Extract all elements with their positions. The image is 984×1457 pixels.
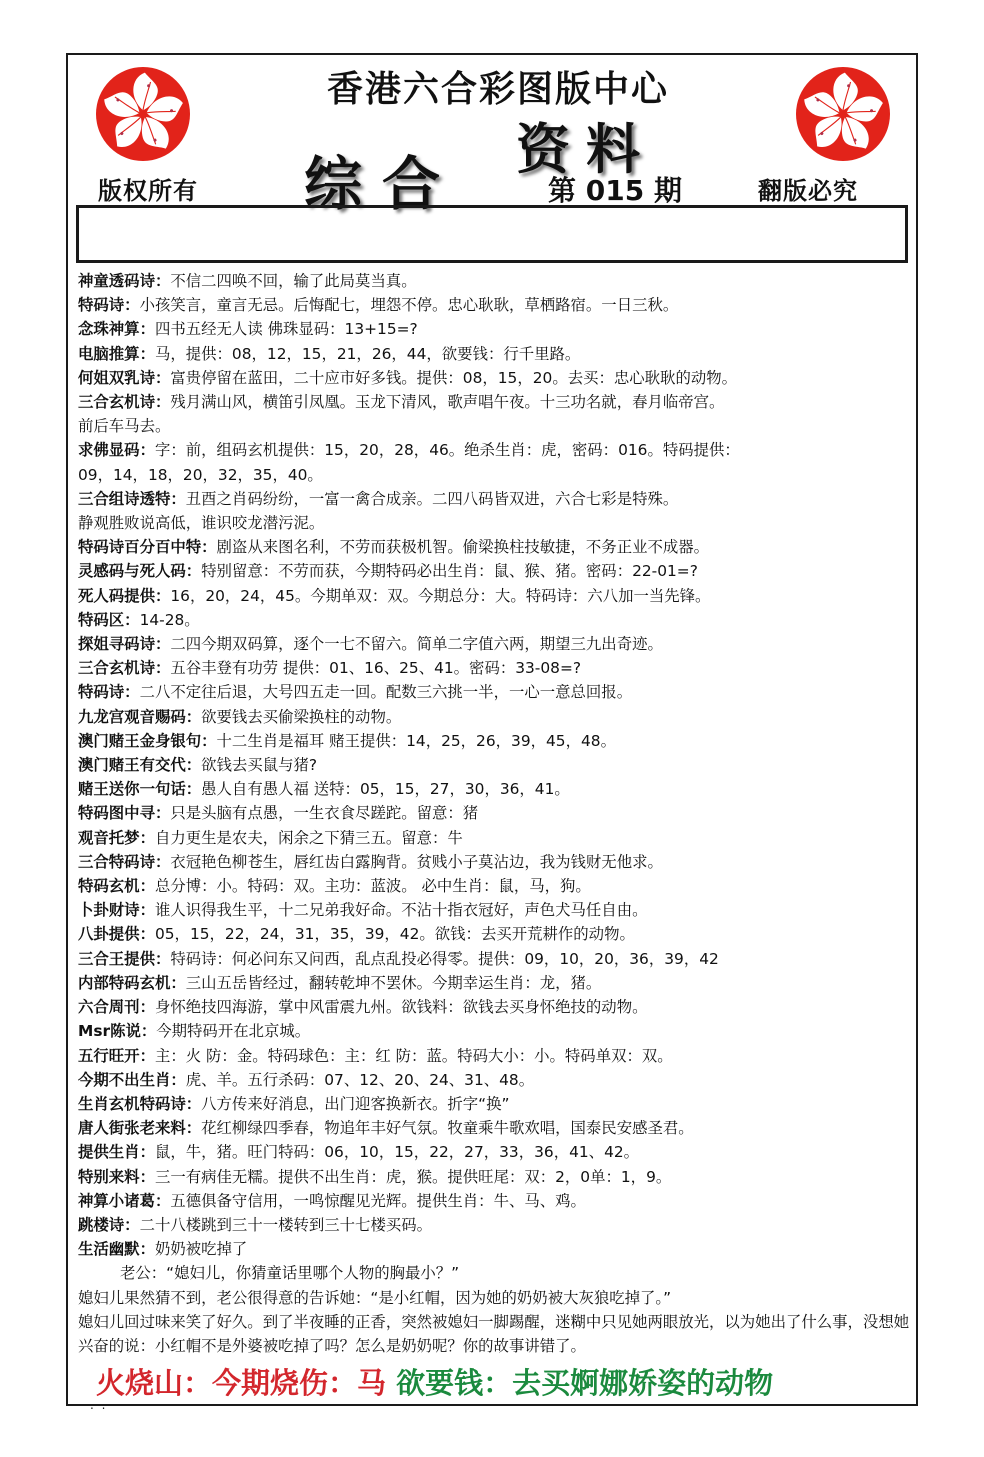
line-text: 欲钱去买鼠与猪? — [201, 756, 317, 774]
line-text: 三一有病佳无糯。提供不出生肖：虎，猴。提供旺尾：双：2，0单：1，9。 — [155, 1168, 671, 1186]
line-text: 特别留意：不劳而获，今期特码必出生肖：鼠、猴、猪。密码：22-01=? — [201, 562, 698, 580]
content-line: 澳门赌王有交代：欲钱去买鼠与猪? — [78, 753, 913, 777]
copyright-label: 版权所有 — [98, 171, 198, 206]
line-label: 念珠神算： — [78, 320, 155, 338]
footer-red-text: 火烧山：今期烧伤：马 — [96, 1366, 386, 1400]
line-label: 神童透码诗： — [78, 272, 170, 290]
content-line: 九龙宫观音赐码：欲要钱去买偷梁换柱的动物。 — [78, 705, 913, 729]
content-line: 09，14，18，20，32，35，40。 — [78, 463, 913, 487]
line-label: 三合特码诗： — [78, 853, 170, 871]
line-text: 八方传来好消息，出门迎客换新衣。折字“换” — [201, 1095, 509, 1113]
content-line: 五行旺开：主：火 防：金。特码球色：主：红 防：蓝。特码大小：小。特码单双：双。 — [78, 1044, 913, 1068]
content-line: 提供生肖：鼠，牛，猪。旺门特码：06，10，15，22，27，33，36，41、… — [78, 1140, 913, 1164]
line-text: 05，15，22，24，31，35，39，42。欲钱：去买开荒耕作的动物。 — [155, 925, 635, 943]
line-text: 虎、羊。五行杀码：07、12、20、24、31、48。 — [186, 1071, 534, 1089]
publisher-title: 香港六合彩图版中心 — [248, 61, 748, 112]
line-text: 字：前，组码玄机提供：15，20，28，46。绝杀生肖：虎，密码：016。特码提… — [155, 441, 740, 459]
content-line: 神算小诸葛：五德俱备守信用，一鸣惊醒见光辉。提供生肖：牛、马、鸡。 — [78, 1189, 913, 1213]
line-label: 澳门赌王金身银句： — [78, 732, 217, 750]
line-text: 五德俱备守信用，一鸣惊醒见光辉。提供生肖：牛、马、鸡。 — [170, 1192, 586, 1210]
line-text: 自力更生是农夫，闲余之下猜三五。留意：牛 — [155, 829, 463, 847]
issue-number: 第 015 期 — [548, 169, 682, 209]
blank-banner-box — [76, 205, 908, 263]
line-text: 16，20，24，45。今期单双：双。今期总分：大。特码诗：六八加一当先锋。 — [170, 587, 710, 605]
line-label: 特码诗百分百中特： — [78, 538, 217, 556]
line-label: 三合玄机诗： — [78, 659, 170, 677]
line-text: 二十八楼跳到三十一楼转到三十七楼买码。 — [140, 1216, 432, 1234]
line-text: 花红柳绿四季春，物追年丰好气氛。牧童乘牛歌欢唱，国泰民安感圣君。 — [201, 1119, 694, 1137]
line-label: 特别来料： — [78, 1168, 155, 1186]
content-line: 三合玄机诗：残月满山风，横笛引凤凰。玉龙下清风，歌声唱午夜。十三功名就，春月临帝… — [78, 390, 913, 414]
content-line: 内部特码玄机：三山五岳皆经过，翻转乾坤不罢休。今期幸运生肖：龙，猪。 — [78, 971, 913, 995]
line-text: 鼠，牛，猪。旺门特码：06，10，15，22，27，33，36，41、42。 — [155, 1143, 639, 1161]
line-text: 三山五岳皆经过，翻转乾坤不罢休。今期幸运生肖：龙，猪。 — [186, 974, 602, 992]
bauhinia-flower-icon — [796, 67, 890, 161]
joke-line-2: 媳妇儿果然猜不到，老公很得意的告诉她：“是小红帽，因为她的奶奶被大灰狼吃掉了。” — [78, 1286, 913, 1310]
line-text: 马，提供：08，12，15，21，26，44，欲要钱：行千里路。 — [155, 345, 580, 363]
content-line: 澳门赌王金身银句：十二生肖是福耳 赌王提供：14，25，26，39，45，48。 — [78, 729, 913, 753]
line-text: 四书五经无人读 佛珠显码：13+15=? — [155, 320, 418, 338]
content-line: Msr陈说：今期特码开在北京城。 — [78, 1019, 913, 1043]
line-text: 谁人识得我生平，十二兄弟我好命。不沾十指衣冠好，声色犬马任自由。 — [155, 901, 648, 919]
line-label: 特码区： — [78, 611, 140, 629]
line-label: 唐人街张老来料： — [78, 1119, 201, 1137]
line-text: 丑酉之肖码纷纷，一富一禽合成亲。二四八码皆双进，六合七彩是特殊。 — [186, 490, 679, 508]
content-line: 念珠神算：四书五经无人读 佛珠显码：13+15=? — [78, 317, 913, 341]
line-label: 八卦提供： — [78, 925, 155, 943]
content-line: 特码诗：小孩笑言，童言无忌。后悔配七，埋怨不停。忠心耿耿，草栖路宿。一日三秋。 — [78, 293, 913, 317]
line-label: 三合王提供： — [78, 950, 170, 968]
content-line: 何姐双乳诗：富贵停留在蓝田，二十应市好多钱。提供：08，15，20。去买：忠心耿… — [78, 366, 913, 390]
content-line: 三合特码诗：衣冠艳色柳苍生，唇红齿白露胸背。贫贱小子莫沾边，我为钱财无他求。 — [78, 850, 913, 874]
line-text: 只是头脑有点愚，一生衣食尽蹉跎。留意：猪 — [170, 804, 478, 822]
line-label: Msr陈说： — [78, 1022, 156, 1040]
line-label: 神算小诸葛： — [78, 1192, 170, 1210]
line-text: 14-28。 — [140, 611, 200, 629]
line-text: 主：火 防：金。特码球色：主：红 防：蓝。特码大小：小。特码单双：双。 — [155, 1047, 673, 1065]
content-line: 生活幽默：奶奶被吃掉了 — [78, 1237, 913, 1261]
line-label: 电脑推算： — [78, 345, 155, 363]
content-line: 神童透码诗：不信二四唤不回，输了此局莫当真。 — [78, 269, 913, 293]
line-text: 五谷丰登有功劳 提供：01、16、25、41。密码：33-08=? — [170, 659, 581, 677]
line-label: 九龙宫观音赐码： — [78, 708, 201, 726]
line-text: 不信二四唤不回，输了此局莫当真。 — [170, 272, 416, 290]
line-label: 赌王送你一句话： — [78, 780, 201, 798]
content-line: 特别来料：三一有病佳无糯。提供不出生肖：虎，猴。提供旺尾：双：2，0单：1，9。 — [78, 1165, 913, 1189]
content-line: 六合周刊：身怀绝技四海游，掌中风雷震九州。欲钱料：欲钱去买身怀绝技的动物。 — [78, 995, 913, 1019]
content-line: 特码图中寻：只是头脑有点愚，一生衣食尽蹉跎。留意：猪 — [78, 801, 913, 825]
line-text: 前后车马去。 — [78, 417, 170, 435]
content-line: 今期不出生肖：虎、羊。五行杀码：07、12、20、24、31、48。 — [78, 1068, 913, 1092]
content-line: 三合玄机诗：五谷丰登有功劳 提供：01、16、25、41。密码：33-08=? — [78, 656, 913, 680]
line-text: 09，14，18，20，32，35，40。 — [78, 466, 323, 484]
line-text: 愚人自有愚人福 送特：05，15，27，30，36，41。 — [201, 780, 570, 798]
line-label: 跳楼诗： — [78, 1216, 140, 1234]
line-label: 生肖玄机特码诗： — [78, 1095, 201, 1113]
joke-line-1: 老公：“媳妇儿，你猜童话里哪个人物的胸最小？” — [78, 1261, 913, 1285]
content-line: 三合组诗透特：丑酉之肖码纷纷，一富一禽合成亲。二四八码皆双进，六合七彩是特殊。 — [78, 487, 913, 511]
line-label: 特码玄机： — [78, 877, 155, 895]
content-line: 探姐寻码诗：二四今期双码算，逐个一七不留六。简单二字值六两，期望三九出奇迹。 — [78, 632, 913, 656]
content-line: 静观胜败说高低，谁识咬龙潜污泥。 — [78, 511, 913, 535]
content-line: 特码诗百分百中特：剧盗从来图名利，不劳而获极机智。偷梁换柱技敏捷，不务正业不成器… — [78, 535, 913, 559]
line-text: 小孩笑言，童言无忌。后悔配七，埋怨不停。忠心耿耿，草栖路宿。一日三秋。 — [140, 296, 679, 314]
page-frame: 香港六合彩图版中心 资料 综合 第 015 期 版权所有 翻版必究 神童透码诗：… — [66, 53, 918, 1406]
line-label: 特码诗： — [78, 296, 140, 314]
line-text: 奶奶被吃掉了 — [155, 1240, 247, 1258]
content-line: 电脑推算：马，提供：08，12，15，21，26，44，欲要钱：行千里路。 — [78, 342, 913, 366]
line-text: 今期特码开在北京城。 — [156, 1022, 310, 1040]
content-line: 跳楼诗：二十八楼跳到三十一楼转到三十七楼买码。 — [78, 1213, 913, 1237]
line-label: 今期不出生肖： — [78, 1071, 186, 1089]
joke-line-3: 媳妇儿回过味来笑了好久。到了半夜睡的正香，突然被媳妇一脚踢醒，迷糊中只见她两眼放… — [78, 1310, 913, 1358]
line-label: 内部特码玄机： — [78, 974, 186, 992]
line-label: 三合组诗透特： — [78, 490, 186, 508]
line-label: 六合周刊： — [78, 998, 155, 1016]
line-label: 澳门赌王有交代： — [78, 756, 201, 774]
content-body: 神童透码诗：不信二四唤不回，输了此局莫当真。特码诗：小孩笑言，童言无忌。后悔配七… — [78, 269, 913, 1358]
content-line: 死人码提供：16，20，24，45。今期单双：双。今期总分：大。特码诗：六八加一… — [78, 584, 913, 608]
line-label: 三合玄机诗： — [78, 393, 170, 411]
line-label: 提供生肖： — [78, 1143, 155, 1161]
line-label: 特码图中寻： — [78, 804, 170, 822]
line-text: 静观胜败说高低，谁识咬龙潜污泥。 — [78, 514, 324, 532]
line-text: 富贵停留在蓝田，二十应市好多钱。提供：08，15，20。去买：忠心耿耿的动物。 — [170, 369, 737, 387]
bauhinia-flower-icon — [96, 67, 190, 161]
content-line: 求佛显码：字：前，组码玄机提供：15，20，28，46。绝杀生肖：虎，密码：01… — [78, 438, 913, 462]
content-line: 唐人街张老来料：花红柳绿四季春，物追年丰好气氛。牧童乘牛歌欢唱，国泰民安感圣君。 — [78, 1116, 913, 1140]
content-line: 特码诗：二八不定往后退，大号四五走一回。配数三六挑一半，一心一意总回报。 — [78, 680, 913, 704]
line-text: 欲要钱去买偷梁换柱的动物。 — [201, 708, 401, 726]
line-label: 特码诗： — [78, 683, 140, 701]
line-label: 灵感码与死人码： — [78, 562, 201, 580]
content-line: 生肖玄机特码诗：八方传来好消息，出门迎客换新衣。折字“换” — [78, 1092, 913, 1116]
footer-banner: 火烧山：今期烧伤：马 欲要钱：去买婀娜娇姿的动物 — [96, 1361, 896, 1402]
line-text: 二四今期双码算，逐个一七不留六。简单二字值六两，期望三九出奇迹。 — [170, 635, 663, 653]
line-text: 总分博：小。特码：双。主功：蓝波。 必中生肖：鼠，马，狗。 — [155, 877, 591, 895]
line-text: 身怀绝技四海游，掌中风雷震九州。欲钱料：欲钱去买身怀绝技的动物。 — [155, 998, 648, 1016]
bottom-marks: . . — [90, 1398, 107, 1412]
line-label: 五行旺开： — [78, 1047, 155, 1065]
line-label: 观音托梦： — [78, 829, 155, 847]
content-line: 特码区：14-28。 — [78, 608, 913, 632]
content-line: 特码玄机：总分博：小。特码：双。主功：蓝波。 必中生肖：鼠，马，狗。 — [78, 874, 913, 898]
line-label: 探姐寻码诗： — [78, 635, 170, 653]
content-line: 赌王送你一句话：愚人自有愚人福 送特：05，15，27，30，36，41。 — [78, 777, 913, 801]
line-label: 生活幽默： — [78, 1240, 155, 1258]
line-label: 求佛显码： — [78, 441, 155, 459]
line-text: 残月满山风，横笛引凤凰。玉龙下清风，歌声唱午夜。十三功名就，春月临帝宫。 — [170, 393, 724, 411]
content-line: 观音托梦：自力更生是农夫，闲余之下猜三五。留意：牛 — [78, 826, 913, 850]
content-line: 前后车马去。 — [78, 414, 913, 438]
line-text: 十二生肖是福耳 赌王提供：14，25，26，39，45，48。 — [217, 732, 616, 750]
no-copy-label: 翻版必究 — [758, 171, 858, 206]
line-text: 二八不定往后退，大号四五走一回。配数三六挑一半，一心一意总回报。 — [140, 683, 633, 701]
line-text: 衣冠艳色柳苍生，唇红齿白露胸背。贫贱小子莫沾边，我为钱财无他求。 — [170, 853, 663, 871]
line-label: 死人码提供： — [78, 587, 170, 605]
content-line: 卜卦财诗：谁人识得我生平，十二兄弟我好命。不沾十指衣冠好，声色犬马任自由。 — [78, 898, 913, 922]
line-text: 特码诗：何必问东又问西，乱点乱投必得零。提供：09，10，20，36，39，42 — [170, 950, 718, 968]
content-line: 八卦提供：05，15，22，24，31，35，39，42。欲钱：去买开荒耕作的动… — [78, 922, 913, 946]
content-line: 灵感码与死人码：特别留意：不劳而获，今期特码必出生肖：鼠、猴、猪。密码：22-0… — [78, 559, 913, 583]
line-text: 剧盗从来图名利，不劳而获极机智。偷梁换柱技敏捷，不务正业不成器。 — [217, 538, 710, 556]
footer-green-text: 欲要钱：去买婀娜娇姿的动物 — [386, 1366, 773, 1400]
line-label: 何姐双乳诗： — [78, 369, 170, 387]
content-line: 三合王提供：特码诗：何必问东又问西，乱点乱投必得零。提供：09，10，20，36… — [78, 947, 913, 971]
line-label: 卜卦财诗： — [78, 901, 155, 919]
